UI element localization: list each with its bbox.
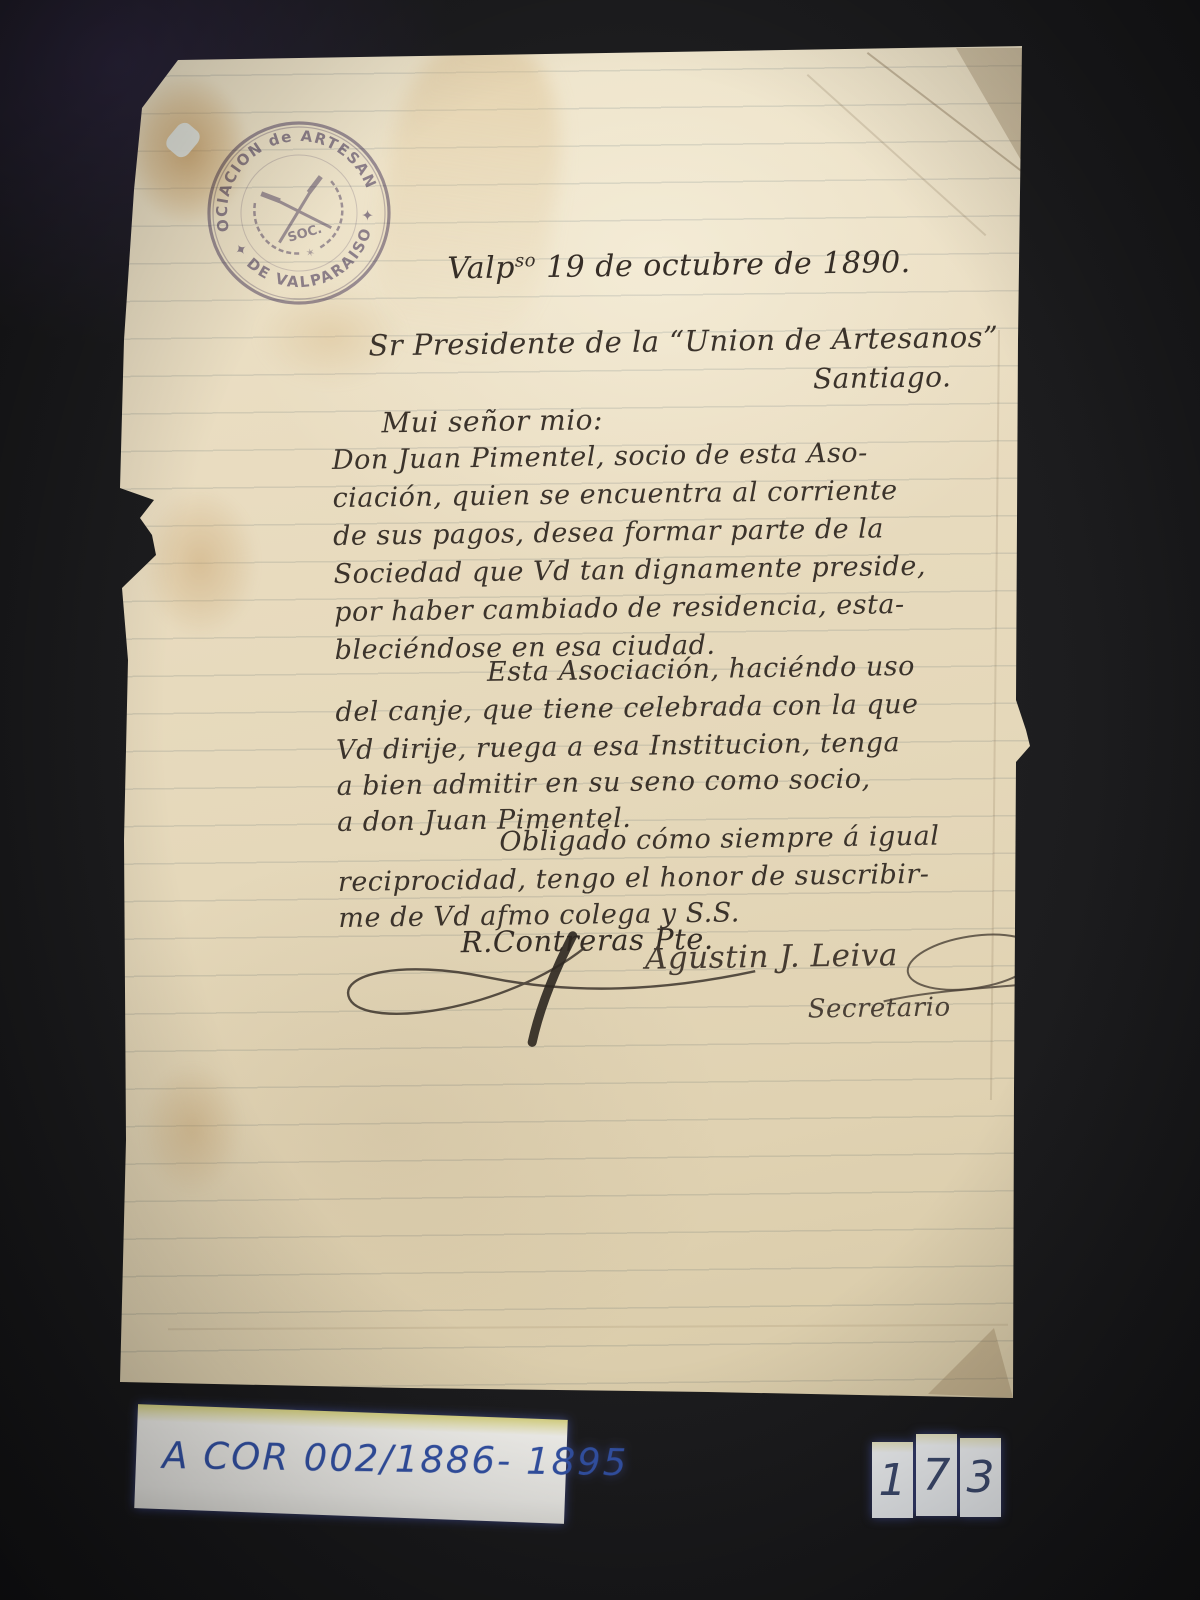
page-number-cards: 1 7 3 (872, 1434, 1001, 1518)
stamp-center-text: SOC. (286, 222, 324, 246)
page-number-card: 1 (872, 1442, 913, 1518)
archive-code-text: A COR 002/1886- 1895 (162, 1434, 629, 1484)
letter-line: por haber cambiado de residencia, esta- (334, 589, 905, 628)
stamp-star-glyph: ✶ (304, 245, 316, 260)
photo-of-document: ASOCIACION de ARTESANOS ✦ DE VALPARAISO … (0, 0, 1200, 1600)
letter-line: Esta Asociación, haciéndo uso (487, 651, 915, 688)
letter-line: a bien admitir en su seno como socio, (336, 764, 870, 802)
letter-addressee: Sr Presidente de la “Union de Artesanos” (368, 320, 998, 363)
letter-line: reciprocidad, tengo el honor de suscribi… (338, 859, 930, 898)
archive-label: A COR 002/1886- 1895 (134, 1404, 568, 1524)
letter-line: de sus pagos, desea formar parte de la (333, 513, 884, 552)
letter-line: Don Juan Pimentel, socio de esta Aso- (332, 438, 868, 476)
secretary-title: Secretario (808, 992, 951, 1024)
page-number-card: 7 (916, 1434, 957, 1516)
handwritten-letter: Valpso 19 de octubre de 1890. Sr Preside… (329, 235, 1061, 1105)
letter-dateline: Valpso 19 de octubre de 1890. (447, 245, 911, 286)
dateline-place: Valp (447, 250, 515, 286)
dateline-superscript: so (515, 250, 536, 271)
letter-salutation: Mui señor mio: (381, 403, 603, 439)
dateline-date: 19 de octubre de 1890. (536, 245, 911, 285)
document-page: ASOCIACION de ARTESANOS ✦ DE VALPARAISO … (108, 40, 1054, 1404)
letter-line: Obligado cómo siempre á igual (499, 821, 939, 858)
letter-line: Vd dirije, ruega a esa Institucion, teng… (336, 727, 900, 766)
letter-addressee-city: Santiago. (813, 360, 952, 395)
letter-line: Sociedad que Vd tan dignamente preside, (333, 551, 926, 590)
letter-line: del canje, que tiene celebrada con la qu… (335, 689, 918, 728)
page-number-card: 3 (960, 1438, 1001, 1517)
letter-line: ciación, quien se encuentra al corriente (332, 475, 898, 514)
signature-secretary: Agustin J. Leiva (645, 937, 898, 977)
